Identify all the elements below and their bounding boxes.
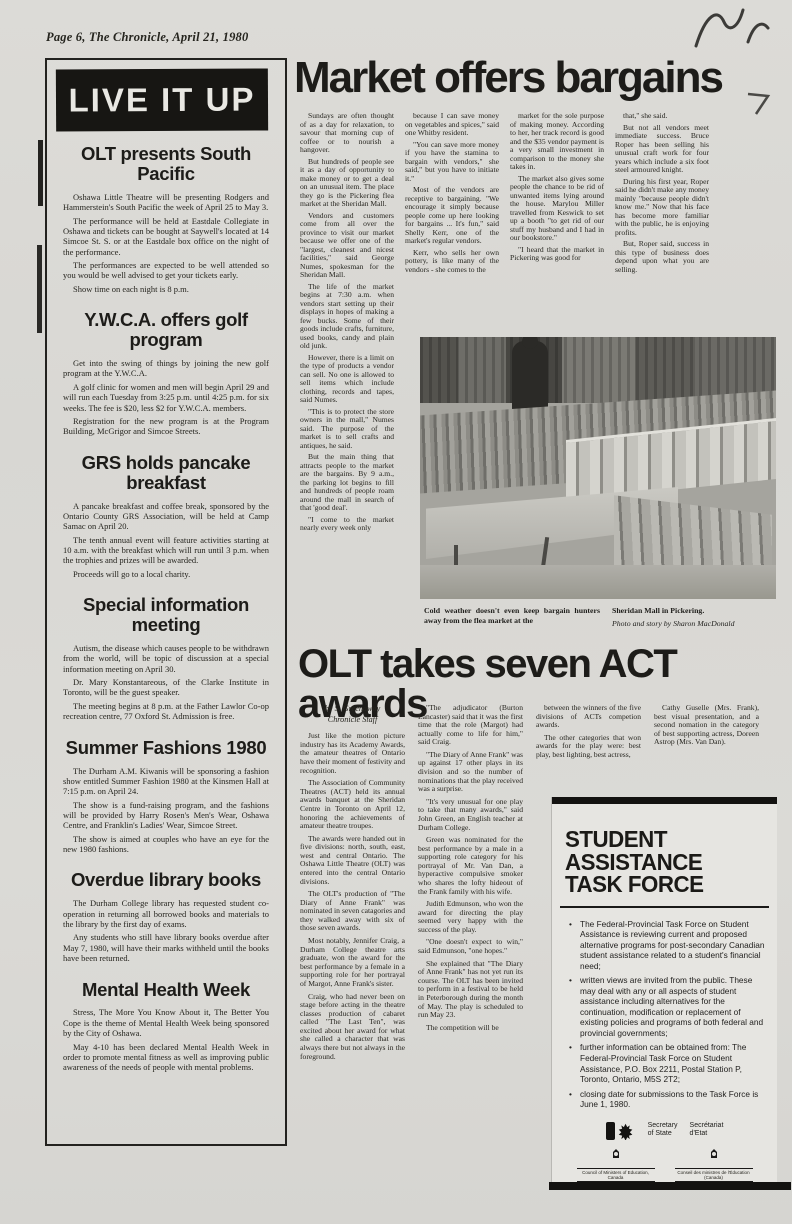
paragraph: But, Roper said, success in this type of… [615,240,709,274]
paragraph: Proceeds will go to a local charity. [63,569,269,579]
paragraph: The performances are expected to be well… [63,260,269,281]
section-title: GRS holds pancake breakfast [63,453,269,493]
photo-credit: Photo and story by Sharon MacDonald [612,619,776,629]
council-logo-en: Council of Ministers of Education, Canad… [577,1148,655,1183]
paragraph: The Durham A.M. Kiwanis will be sponsori… [63,766,269,797]
ad-bullet-list: The Federal-Provincial Task Force on Stu… [552,919,777,1110]
paragraph: The performance will be held at Eastdale… [63,216,269,257]
paragraph: market for the sole purpose of making mo… [510,112,604,172]
council-label-fr: Conseil des ministres de l'Éducation (Ca… [675,1168,753,1183]
byline-author: by S. Greenaway [300,704,405,715]
live-it-up-column: LIVE IT UP OLT presents South Pacific Os… [45,58,287,1146]
paragraph: Sundays are often thought of as a day fo… [300,112,394,155]
paragraph: Just like the motion picture industry ha… [300,732,405,775]
bullet-item: further information can be obtained from… [580,1042,765,1084]
paragraph: Most of the vendors are receptive to bar… [405,186,499,246]
section-title: Overdue library books [63,870,269,890]
canada-flag-icon [606,1122,636,1140]
news-brief-information-meeting: Special information meeting Autism, the … [63,595,269,721]
ad-top-bar [552,797,777,804]
paragraph: Oshawa Little Theatre will be presenting… [63,192,269,213]
paragraph: The show is a fund-raising program, and … [63,800,269,831]
news-brief-mental-health-week: Mental Health Week Stress, The More You … [63,980,269,1073]
bullet-item: closing date for submissions to the Task… [580,1089,765,1110]
paragraph: "I heard that the market in Pickering wa… [510,246,604,263]
paragraph: The meeting begins at 8 p.m. at the Fath… [63,701,269,722]
paragraph: The OLT's production of "The Diary of An… [300,890,405,933]
paragraph: But the main thing that attracts people … [300,453,394,513]
section-body: Get into the swing of things by joining … [63,358,269,437]
paragraph: The awards were handed out in five divis… [300,835,405,886]
section-body: A pancake breakfast and coffee break, sp… [63,501,269,580]
olt-column-2: "The adjudicator (Burton Lancaster) said… [418,704,523,1204]
paragraph: that," she said. [615,112,709,121]
council-logos: Council of Ministers of Education, Canad… [552,1148,777,1183]
olt-byline: by S. Greenaway Chronicle Staff [300,704,405,725]
photo-caption-right-text: Sheridan Mall in Pickering. [612,606,776,616]
paragraph: The market also gives some people the ch… [510,175,604,243]
byline-org: Chronicle Staff [300,715,405,726]
paragraph: Show time on each night is 8 p.m. [63,284,269,294]
news-brief-south-pacific: OLT presents South Pacific Oshawa Little… [63,144,269,294]
paragraph: May 4-10 has been declared Mental Health… [63,1042,269,1073]
paragraph: The life of the market begins at 7:30 a.… [300,283,394,351]
council-logo-fr: Conseil des ministres de l'Éducation (Ca… [675,1148,753,1183]
student-assistance-ad: STUDENT ASSISTANCE TASK FORCE The Federa… [551,797,777,1190]
photo-caption-left: Cold weather doesn't even keep bargain h… [424,606,600,628]
council-emblem-icon [610,1149,622,1161]
paragraph: However, there is a limit on the type of… [300,354,394,405]
section-title: Summer Fashions 1980 [63,738,269,758]
council-emblem-icon [708,1149,720,1161]
scan-artifact [37,245,42,333]
paragraph: "This is to protect the store owners in … [300,408,394,451]
paragraph: A pancake breakfast and coffee break, sp… [63,501,269,532]
paragraph: Any students who still have library book… [63,932,269,963]
bullet-item: written views are invited from the publi… [580,975,765,1038]
ad-divider [560,906,769,908]
paragraph: The show is aimed at couples who have an… [63,834,269,855]
paragraph: She explained that "The Diary of Anne Fr… [418,960,523,1020]
ad-title: STUDENT ASSISTANCE TASK FORCE [565,828,771,896]
section-body: Oshawa Little Theatre will be presenting… [63,192,269,294]
secretariat-detat-label: Secrétariat d'Etat [690,1122,724,1138]
photo-caption: Cold weather doesn't even keep bargain h… [424,606,776,628]
secretary-of-state-label: Secretary of State [648,1122,678,1138]
paragraph: The tenth annual event will feature acti… [63,535,269,566]
paragraph: "You can save more money if you have the… [405,141,499,184]
paragraph: Judith Edmunson, who won the award for d… [418,900,523,934]
paragraph: Vendors and customers come from all over… [300,212,394,280]
paragraph: The Association of Community Theatres (A… [300,779,405,830]
news-briefs: OLT presents South Pacific Oshawa Little… [63,144,269,1073]
paragraph: because I can save money on vegetables a… [405,112,499,138]
section-body: The Durham A.M. Kiwanis will be sponsori… [63,766,269,855]
olt-column-1: by S. Greenaway Chronicle Staff Just lik… [300,704,405,1204]
paragraph: The Durham College library has requested… [63,898,269,929]
news-brief-pancake-breakfast: GRS holds pancake breakfast A pancake br… [63,453,269,579]
bullet-item: The Federal-Provincial Task Force on Stu… [580,919,765,972]
market-column-1: Sundays are often thought of as a day fo… [300,112,394,652]
paragraph: Kerr, who sells her own pottery, is like… [405,249,499,275]
flea-market-photo [420,337,776,599]
section-body: Stress, The More You Know About it, The … [63,1007,269,1072]
photo-caption-right: Sheridan Mall in Pickering. Photo and st… [612,606,776,628]
paragraph: A golf clinic for women and men will beg… [63,382,269,413]
paragraph: Green was nominated for the best perform… [418,836,523,896]
paragraph: "The Diary of Anne Frank" was up against… [418,751,523,794]
paragraph: "One doesn't expect to win," said Edmuns… [418,938,523,955]
news-brief-summer-fashions: Summer Fashions 1980 The Durham A.M. Kiw… [63,738,269,855]
ad-logos: Secretary of State Secrétariat d'Etat [552,1122,777,1140]
council-label-en: Council of Ministers of Education, Canad… [577,1168,655,1183]
paragraph: Craig, who had never been on stage befor… [300,993,405,1062]
paragraph: Most notably, Jennifer Craig, a Durham C… [300,937,405,988]
scan-artifact [38,140,43,206]
paragraph: between the winners of the five division… [536,704,641,730]
news-brief-golf-program: Y.W.C.A. offers golf program Get into th… [63,310,269,436]
news-brief-overdue-books: Overdue library books The Durham College… [63,870,269,963]
market-article-headline: Market offers bargains [294,56,776,100]
paragraph: The competition will be [418,1024,523,1033]
paragraph: Cathy Guselle (Mrs. Frank), best visual … [654,704,759,747]
olt-column-1-text: Just like the motion picture industry ha… [300,732,405,1061]
section-title: OLT presents South Pacific [63,144,269,184]
section-title: Mental Health Week [63,980,269,1000]
paragraph: Dr. Mary Konstantareous, of the Clarke I… [63,677,269,698]
section-body: The Durham College library has requested… [63,898,269,963]
paragraph: Stress, The More You Know About it, The … [63,1007,269,1038]
paragraph: But hundreds of people see it as a day o… [300,158,394,209]
section-title: Y.W.C.A. offers golf program [63,310,269,350]
newspaper-page: Page 6, The Chronicle, April 21, 1980 LI… [0,0,792,1224]
pen-mark [688,2,772,54]
paragraph: During his first year, Roper said he did… [615,178,709,238]
paragraph: Autism, the disease which causes people … [63,643,269,674]
paragraph: But not all vendors meet immediate succe… [615,124,709,175]
ad-bottom-bar [549,1182,791,1190]
paragraph: Get into the swing of things by joining … [63,358,269,379]
ad-title-line1: STUDENT ASSISTANCE [565,826,702,875]
live-it-up-banner: LIVE IT UP [56,68,268,131]
photo-floor [420,565,776,599]
section-title: Special information meeting [63,595,269,635]
paragraph: "I come to the market nearly every week … [300,516,394,533]
section-body: Autism, the disease which causes people … [63,643,269,722]
paragraph: Registration for the new program is at t… [63,416,269,437]
page-header: Page 6, The Chronicle, April 21, 1980 [46,30,248,45]
paragraph: "The adjudicator (Burton Lancaster) said… [418,704,523,747]
paragraph: The other categories that won awards for… [536,734,641,760]
ad-title-line2: TASK FORCE [565,871,704,897]
photo-background [420,337,776,403]
paragraph: "It's very unusual for one play to take … [418,798,523,832]
